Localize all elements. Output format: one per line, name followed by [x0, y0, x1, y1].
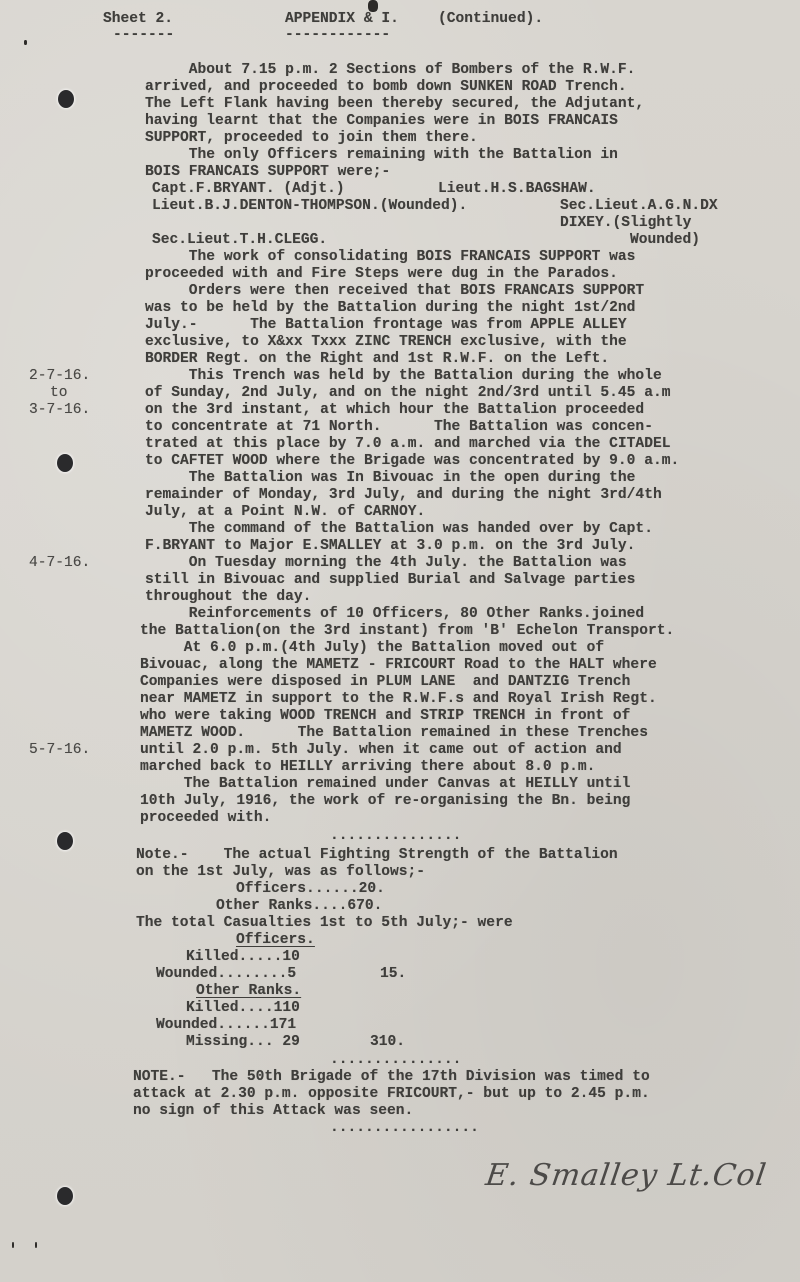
- dotted-separator: ...............: [330, 1052, 461, 1069]
- body-line: proceeded with and Fire Steps were dug i…: [145, 266, 618, 283]
- officer-entry: DIXEY.(Slightly: [560, 215, 691, 232]
- body-line: proceeded with.: [140, 810, 271, 827]
- body-line: SUPPORT, proceeded to join them there.: [145, 130, 478, 147]
- body-line: arrived, and proceeded to bomb down SUNK…: [145, 79, 627, 96]
- body-line: remainder of Monday, 3rd July, and durin…: [145, 487, 662, 504]
- margin-date: 5-7-16.: [29, 742, 90, 759]
- body-line: who were taking WOOD TRENCH and STRIP TR…: [140, 708, 630, 725]
- casualties-intro: The total Casualties 1st to 5th July;- w…: [136, 915, 513, 932]
- body-line: of Sunday, 2nd July, and on the night 2n…: [145, 385, 670, 402]
- punch-hole: [57, 1187, 73, 1205]
- body-line: The only Officers remaining with the Bat…: [145, 147, 618, 164]
- punch-hole: [57, 832, 73, 850]
- body-line: Reinforcements of 10 Officers, 80 Other …: [145, 606, 644, 623]
- note2-line: NOTE.- The 50th Brigade of the 17th Divi…: [133, 1069, 650, 1086]
- strength-other-ranks: Other Ranks....670.: [216, 898, 382, 915]
- body-line: About 7.15 p.m. 2 Sections of Bombers of…: [145, 62, 635, 79]
- body-line: MAMETZ WOOD. The Battalion remained in t…: [140, 725, 648, 742]
- body-line: trated at this place by 7.0 a.m. and mar…: [145, 436, 670, 453]
- dotted-separator: ...............: [330, 828, 461, 845]
- margin-date: 3-7-16.: [29, 402, 90, 419]
- margin-date-to: to: [50, 385, 68, 402]
- body-line: This Trench was held by the Battalion du…: [145, 368, 662, 385]
- other-ranks-total: 310.: [370, 1034, 405, 1051]
- body-line: having learnt that the Companies were in…: [145, 113, 618, 130]
- body-line: At 6.0 p.m.(4th July) the Battalion move…: [140, 640, 604, 657]
- body-line: The Battalion remained under Canvas at H…: [140, 776, 630, 793]
- sheet-underline: -------: [113, 27, 174, 44]
- signature: E. Smalley Lt.Col: [484, 1158, 769, 1193]
- ink-smudge: [24, 40, 27, 45]
- body-line: the Battalion(on the 3rd instant) from '…: [140, 623, 674, 640]
- officers-heading: Officers.: [236, 932, 315, 949]
- body-line: BORDER Regt. on the Right and 1st R.W.F.…: [145, 351, 609, 368]
- punch-hole: [57, 454, 73, 472]
- officers-wounded: Wounded........5: [156, 966, 296, 983]
- body-line: 10th July, 1916, the work of re-organisi…: [140, 793, 630, 810]
- note2-line: attack at 2.30 p.m. opposite FRICOURT,- …: [133, 1086, 650, 1103]
- sheet-number: Sheet 2.: [103, 11, 173, 28]
- body-line: The work of consolidating BOIS FRANCAIS …: [145, 249, 635, 266]
- other-ranks-killed: Killed....110: [186, 1000, 300, 1017]
- body-line: Companies were disposed in PLUM LANE and…: [140, 674, 630, 691]
- officer-entry: Sec.Lieut.T.H.CLEGG.: [152, 232, 327, 249]
- body-line: Bivouac, along the MAMETZ - FRICOURT Roa…: [140, 657, 657, 674]
- body-line: BOIS FRANCAIS SUPPORT were;-: [145, 164, 390, 181]
- note2-line: no sign of this Attack was seen.: [133, 1103, 413, 1120]
- appendix-title: APPENDIX & I.: [285, 11, 399, 28]
- body-line: On Tuesday morning the 4th July. the Bat…: [145, 555, 627, 572]
- body-line: to concentrate at 71 North. The Battalio…: [145, 419, 653, 436]
- officer-entry: Lieut.B.J.DENTON-THOMPSON.(Wounded).: [152, 198, 467, 215]
- body-line: The Battalion was In Bivouac in the open…: [145, 470, 635, 487]
- ink-smudge: [35, 1242, 37, 1248]
- margin-date: 4-7-16.: [29, 555, 90, 572]
- appendix-underline: ------------: [285, 27, 390, 44]
- officer-entry: Sec.Lieut.A.G.N.DX: [560, 198, 718, 215]
- officer-entry: Lieut.H.S.BAGSHAW.: [438, 181, 596, 198]
- body-line: July, at a Point N.W. of CARNOY.: [145, 504, 425, 521]
- body-line: F.BRYANT to Major E.SMALLEY at 3.0 p.m. …: [145, 538, 635, 555]
- other-ranks-heading: Other Ranks.: [196, 983, 301, 1000]
- punch-hole: [58, 90, 74, 108]
- body-line: July.- The Battalion frontage was from A…: [145, 317, 627, 334]
- margin-date: 2-7-16.: [29, 368, 90, 385]
- body-line: exclusive, to X&xx Txxx ZINC TRENCH excl…: [145, 334, 627, 351]
- note-line: Note.- The actual Fighting Strength of t…: [136, 847, 618, 864]
- other-ranks-missing: Missing... 29: [186, 1034, 300, 1051]
- body-line: throughout the day.: [145, 589, 311, 606]
- body-line: near MAMETZ in support to the R.W.F.s an…: [140, 691, 657, 708]
- document-page: Sheet 2. ------- APPENDIX & I. ---------…: [0, 0, 800, 1282]
- body-line: marched back to HEILLY arriving there ab…: [140, 759, 595, 776]
- continued-label: (Continued).: [438, 11, 543, 28]
- body-line: The Left Flank having been thereby secur…: [145, 96, 644, 113]
- ink-smudge: [12, 1242, 14, 1248]
- body-line: until 2.0 p.m. 5th July. when it came ou…: [140, 742, 622, 759]
- body-line: to CAFTET WOOD where the Brigade was con…: [145, 453, 679, 470]
- body-line: The command of the Battalion was handed …: [145, 521, 653, 538]
- officer-entry: Capt.F.BRYANT. (Adjt.): [152, 181, 345, 198]
- officers-killed: Killed.....10: [186, 949, 300, 966]
- dotted-separator-end: .................: [330, 1120, 479, 1137]
- body-line: still in Bivouac and supplied Burial and…: [145, 572, 635, 589]
- officers-total: 15.: [380, 966, 406, 983]
- body-line: Orders were then received that BOIS FRAN…: [145, 283, 644, 300]
- body-line: on the 3rd instant, at which hour the Ba…: [145, 402, 644, 419]
- note-line: on the 1st July, was as follows;-: [136, 864, 425, 881]
- body-line: was to be held by the Battalion during t…: [145, 300, 635, 317]
- other-ranks-wounded: Wounded......171: [156, 1017, 296, 1034]
- strength-officers: Officers......20.: [236, 881, 385, 898]
- officer-entry: Wounded): [630, 232, 700, 249]
